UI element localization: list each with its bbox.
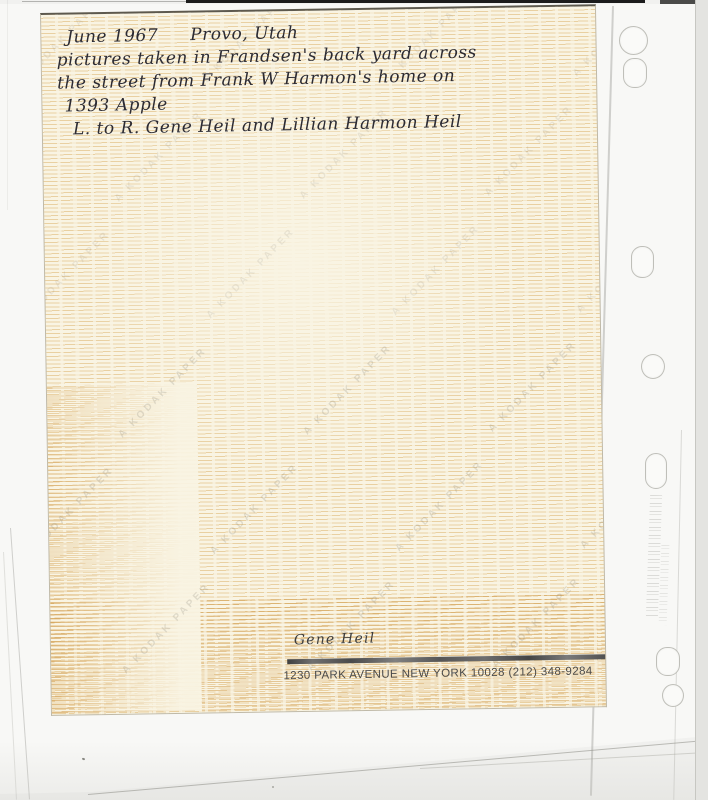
binder-hole [623, 58, 647, 88]
kodak-watermark-text: A KODAK PAPER [393, 459, 486, 554]
note-location: Provo, Utah [190, 23, 299, 45]
scanned-photo-back: A KODAK PAPERA KODAK PAPERA KODAK PAPERA… [0, 0, 708, 800]
scanner-background-strip [695, 0, 708, 800]
dust-speck [272, 786, 274, 788]
kodak-watermark-text: A KODAK PAPER [205, 226, 298, 321]
binder-hole [656, 647, 680, 676]
scan-edge-artifact-top [186, 0, 645, 3]
sleeve-crease-left-top [7, 0, 8, 210]
handwritten-note: June 1967Provo, Utah pictures taken in F… [55, 13, 577, 142]
note-gap [158, 40, 190, 41]
binder-hole [619, 26, 648, 55]
note-date: June 1967 [66, 26, 158, 48]
binder-hole [662, 684, 684, 707]
kodak-watermark-text: A KODAK PAPER [41, 229, 112, 324]
binder-hole [641, 354, 665, 379]
binder-hole [645, 453, 667, 489]
scan-edge-line-top-left [22, 1, 186, 2]
kodak-watermark-text: A KODAK PAPER [302, 342, 395, 437]
kodak-watermark-text: A KODAK PAPER [208, 462, 301, 557]
kodak-watermark-text: A KODAK PAPER [487, 339, 580, 434]
kodak-watermark-text: A KODAK PAPER [120, 581, 213, 676]
binder-hole [631, 246, 654, 278]
kodak-watermark-text: A KODAK PAPER [578, 456, 606, 551]
kodak-watermark-text: A KODAK PAPER [117, 345, 210, 440]
photo-paper-back: A KODAK PAPERA KODAK PAPERA KODAK PAPERA… [40, 4, 607, 716]
signature-script: Gene Heil [294, 631, 376, 649]
kodak-watermark-text: A KODAK PAPER [41, 465, 116, 560]
kodak-watermark-text: A KODAK PAPER [390, 223, 483, 318]
